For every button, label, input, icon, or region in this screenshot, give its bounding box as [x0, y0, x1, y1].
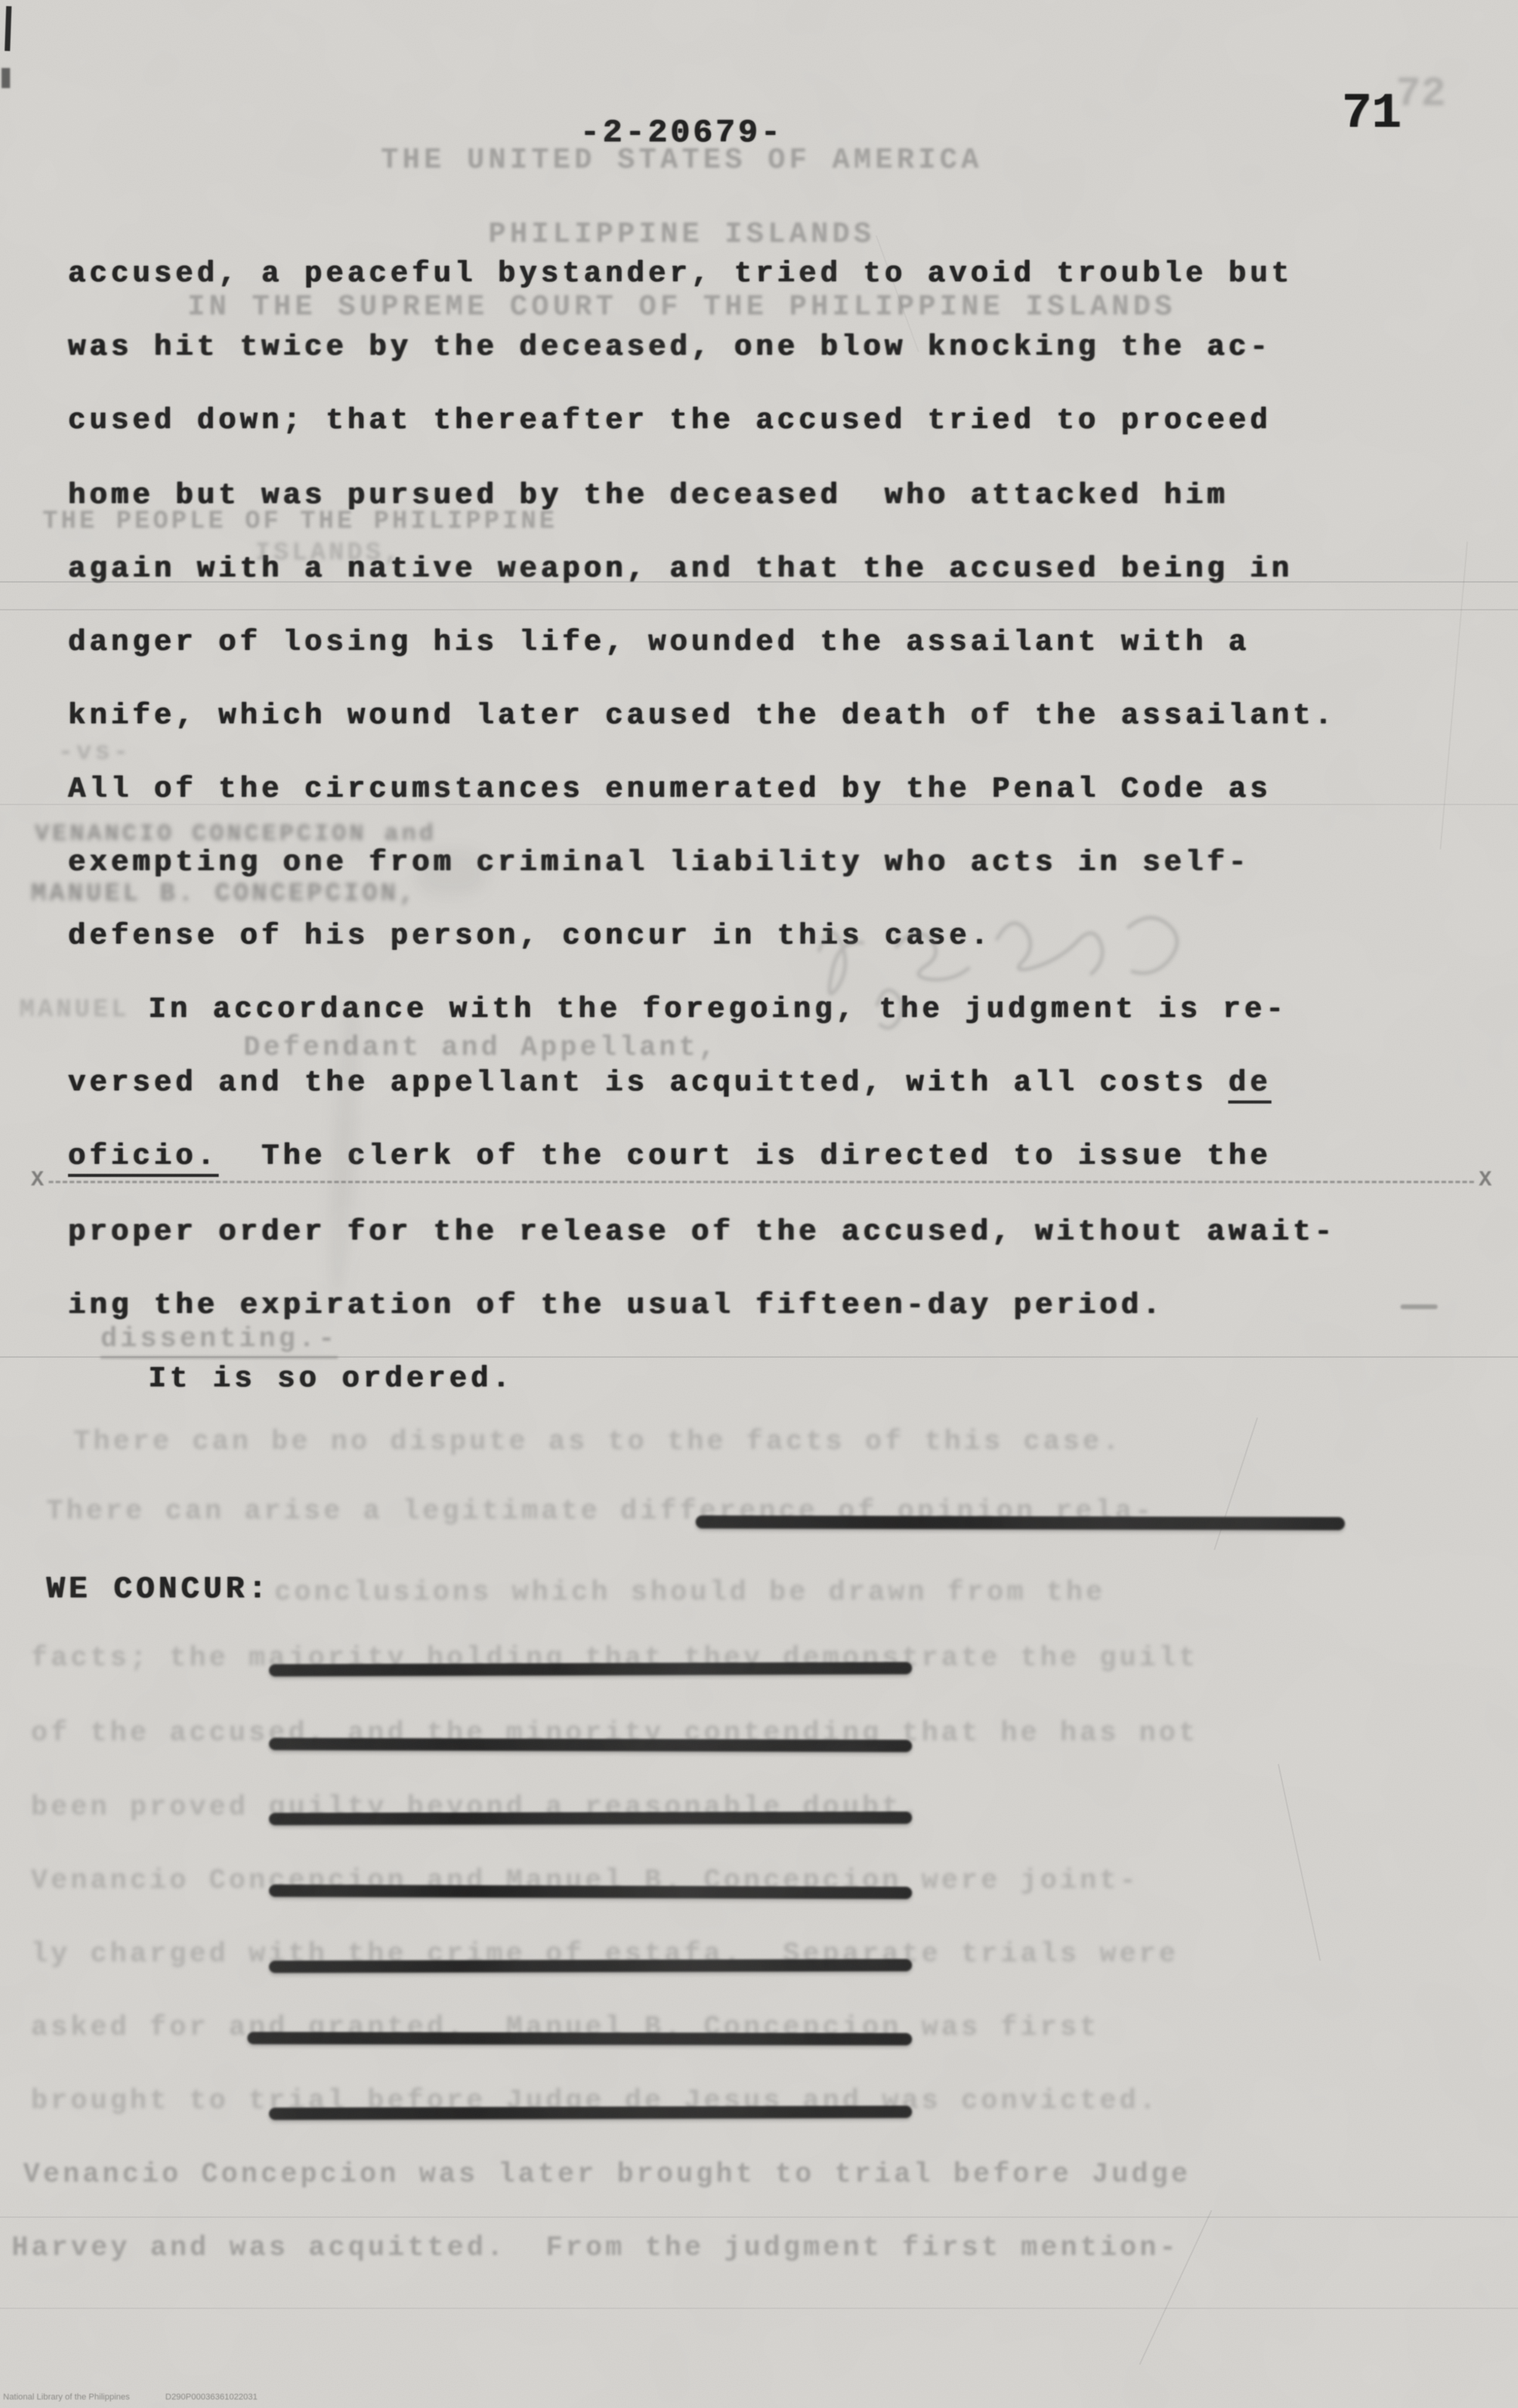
- opinion-text: versed and the appellant is acquitted, w…: [68, 1066, 1228, 1100]
- ink-underline-bar: [696, 1515, 1345, 1530]
- separator-x-left: X: [31, 1168, 44, 1192]
- scanned-document-page: -2-20679- 71 72 THE UNITED STATES OF AME…: [0, 0, 1518, 2408]
- scan-edge-mark: [5, 6, 12, 51]
- opinion-line: All of the circumstances enumerated by t…: [68, 773, 1271, 806]
- concurrence-heading: WE CONCUR:: [46, 1573, 271, 1607]
- ink-underline-bar: [269, 1662, 912, 1677]
- separator-x-right: X: [1479, 1168, 1492, 1192]
- bleed-dissent-line: dissenting.-: [100, 1323, 338, 1355]
- scan-streak: [0, 581, 1518, 583]
- page-number: 71: [1342, 87, 1401, 142]
- bleed-caption-line: Defendant and Appellant,: [243, 1032, 718, 1063]
- ink-underline-bar: [269, 1885, 912, 1900]
- opinion-line: cused down; that thereafter the accused …: [68, 404, 1271, 437]
- bleed-caption-line: MANUEL: [19, 995, 130, 1024]
- bleed-page-number: 72: [1396, 71, 1446, 118]
- library-stamp: National Library of the Philippines D290…: [3, 2393, 257, 2402]
- bleed-caption-line: THE PEOPLE OF THE PHILIPPINE: [43, 507, 558, 536]
- opinion-line: exempting one from criminal liability wh…: [68, 846, 1250, 879]
- scratch-line: [1278, 1764, 1321, 1961]
- ink-underline-bar: [269, 1738, 912, 1753]
- bleed-caption-separator: X X: [31, 1168, 1492, 1192]
- bleed-dissent-line: There can be no dispute as to the facts …: [73, 1426, 1122, 1457]
- scan-streak: [0, 1356, 1518, 1358]
- bleed-header-line: IN THE SUPREME COURT OF THE PHILIPPINE I…: [188, 291, 1176, 324]
- scratch-line: [1213, 1417, 1258, 1550]
- opinion-line: versed and the appellant is acquitted, w…: [68, 1066, 1271, 1100]
- bleed-header-line: PHILIPPINE ISLANDS: [488, 218, 875, 251]
- bleed-caption-line: -vs-: [58, 738, 131, 767]
- library-stamp-name: National Library of the Philippines: [3, 2393, 130, 2402]
- opinion-closing-line: It is so ordered.: [148, 1362, 514, 1396]
- scan-edge-mark: [2, 68, 10, 88]
- library-stamp-code: D290P00036361022031: [165, 2393, 257, 2402]
- opinion-line: ing the expiration of the usual fifteen-…: [68, 1289, 1164, 1322]
- separator-dashes: [49, 1181, 1474, 1183]
- scan-streak: [0, 2308, 1518, 2309]
- bleed-caption-line: ISLANDS,: [255, 539, 402, 567]
- bleed-dissent-line: Venancio Concepcion was later brought to…: [23, 2158, 1191, 2190]
- ink-underline-bar: [269, 1811, 912, 1825]
- bleed-dissent-line: Harvey and was acquitted. From the judgm…: [12, 2232, 1179, 2263]
- opinion-line: proper order for the release of the accu…: [68, 1216, 1336, 1249]
- latin-term-underlined: de: [1228, 1066, 1271, 1104]
- bleed-caption-line: MANUEL B. CONCEPCION,: [31, 879, 417, 908]
- handwritten-scrawl: [804, 881, 1206, 1051]
- bleed-caption-line: VENANCIO CONCEPCION and: [35, 821, 437, 848]
- opinion-line: danger of losing his life, wounded the a…: [68, 626, 1250, 659]
- scan-streak: [0, 609, 1518, 611]
- ink-dash-mark: [1401, 1304, 1438, 1309]
- paper-stain: [417, 850, 487, 896]
- bleed-header-line: THE UNITED STATES OF AMERICA: [381, 144, 983, 177]
- opinion-line: was hit twice by the deceased, one blow …: [68, 331, 1271, 364]
- ink-underline-bar: [269, 2106, 912, 2121]
- opinion-line: knife, which wound later caused the deat…: [68, 699, 1336, 733]
- scan-streak: [0, 2216, 1518, 2218]
- ink-underline-bar: [247, 2032, 912, 2046]
- ink-underline-bar: [269, 1959, 912, 1973]
- scan-streak: [0, 804, 1518, 805]
- dissenting-underlined: dissenting.-: [100, 1323, 338, 1359]
- bleed-dissent-line: conclusions which should be drawn from t…: [274, 1576, 1105, 1608]
- opinion-line: accused, a peaceful bystander, tried to …: [68, 257, 1293, 291]
